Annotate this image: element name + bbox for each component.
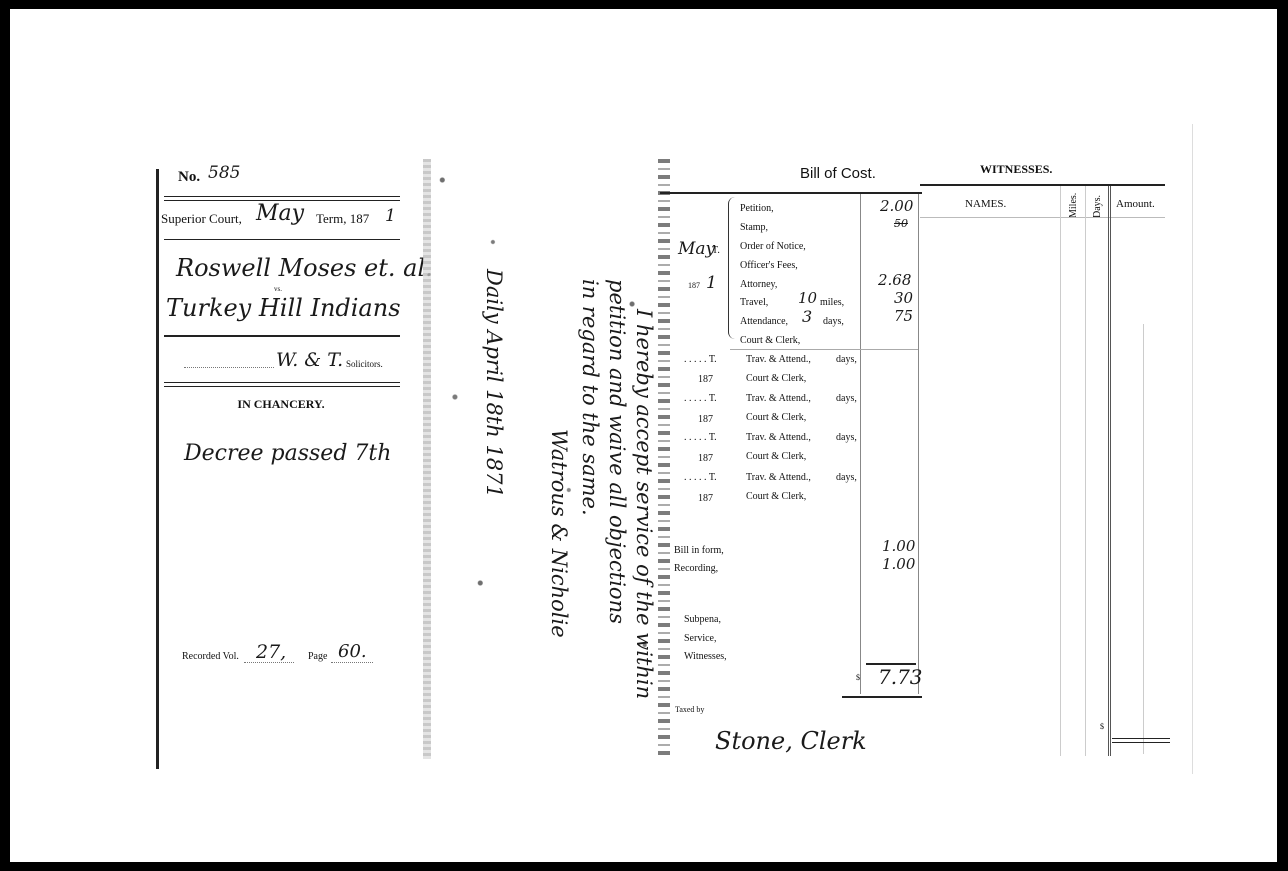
torn-edge	[156, 169, 159, 769]
total-symbol: $	[856, 673, 860, 682]
solicitor-initials: W. & T.	[276, 349, 343, 371]
docket-number-label: No.	[178, 169, 200, 186]
item-label: Court & Clerk,	[740, 335, 800, 346]
total-amount: 7.73	[878, 665, 923, 689]
witnesses-title: WITNESSES.	[980, 162, 1052, 177]
term-line2: Court & Clerk,	[746, 373, 806, 384]
extra-label: Bill in form,	[674, 545, 724, 556]
bill-title: Bill of Cost.	[800, 165, 876, 182]
note-date: Daily April 18th 1871	[480, 269, 507, 498]
column-line	[860, 194, 861, 694]
item-label: Attendance,	[740, 316, 788, 327]
term-line2: Court & Clerk,	[746, 412, 806, 423]
column-line	[1085, 186, 1086, 756]
travel-miles: 10	[798, 289, 817, 307]
item-label: Officer's Fees,	[740, 260, 798, 271]
term-month: May	[256, 201, 304, 226]
chancery-heading: IN CHANCERY.	[156, 397, 406, 412]
item-amount: 75	[894, 307, 913, 325]
column-line	[1060, 186, 1061, 756]
term-year: 187	[698, 453, 713, 464]
recorded-vol-value: 27,	[256, 641, 286, 663]
item-amount: 2.68	[878, 271, 911, 289]
item-label: Petition,	[740, 203, 774, 214]
acceptance-panel: I hereby accept service of the within pe…	[417, 149, 670, 769]
term-blank: . . . . . T.	[684, 393, 717, 404]
term-label: Term, 187	[316, 211, 369, 227]
column-line	[918, 194, 919, 694]
total-symbol: $	[1100, 722, 1104, 731]
year-digit: 1	[706, 273, 717, 293]
witness-item-label: Subpena,	[684, 614, 721, 625]
column-header-days: Days.	[1092, 195, 1103, 218]
divider	[164, 239, 400, 240]
page-dots	[331, 662, 373, 663]
term-line1: Trav. & Attend.,	[746, 472, 811, 483]
page-label: Page	[308, 651, 327, 662]
item-label: Travel,	[740, 297, 768, 308]
term-line2: Court & Clerk,	[746, 491, 806, 502]
fold-edge	[423, 159, 431, 759]
term-line1: Trav. & Attend.,	[746, 393, 811, 404]
extra-amount: 1.00	[882, 537, 915, 555]
divider	[730, 349, 918, 350]
acceptance-note: I hereby accept service of the within pe…	[545, 269, 657, 829]
witness-item-label: Witnesses,	[684, 651, 727, 662]
recorded-vol-label: Recorded Vol.	[182, 651, 239, 662]
term-blank: . . . . . T.	[684, 354, 717, 365]
term-line2: Court & Clerk,	[746, 451, 806, 462]
term-letter: T.	[712, 245, 720, 256]
docket-panel: No. 585 Superior Court, May Term, 187 1 …	[156, 149, 406, 771]
term-year: 187	[698, 493, 713, 504]
column-header-miles: Miles.	[1068, 193, 1079, 218]
item-amount: 2.00	[880, 197, 913, 215]
term-blank: . . . . . T.	[684, 472, 717, 483]
term-year: 187	[698, 374, 713, 385]
term-unit: days,	[836, 472, 857, 483]
term-line1: Trav. & Attend.,	[746, 354, 811, 365]
divider	[164, 335, 400, 337]
bill-of-cost-panel: Bill of Cost. May T. 187 1 Petition, Sta…	[660, 139, 920, 779]
solicitor-dots	[184, 367, 274, 368]
note-line: in regard to the same.	[576, 269, 603, 829]
total-rule	[1112, 738, 1170, 743]
item-label: Attorney,	[740, 279, 777, 290]
term-unit: days,	[836, 354, 857, 365]
header-rule	[920, 217, 1165, 218]
defendant-name: Turkey Hill Indians	[166, 294, 401, 322]
docket-number: 585	[208, 163, 240, 183]
scanned-page: No. 585 Superior Court, May Term, 187 1 …	[10, 9, 1277, 862]
term-unit: days,	[836, 432, 857, 443]
page-edge	[1192, 124, 1193, 774]
divider	[164, 382, 400, 387]
term-unit: days,	[836, 393, 857, 404]
column-line	[1108, 186, 1111, 756]
note-line: petition and waive all objections	[603, 269, 630, 829]
extra-amount: 1.00	[882, 555, 915, 573]
column-header-amount: Amount.	[1116, 198, 1155, 210]
days-unit: days,	[823, 316, 844, 327]
witness-item-label: Service,	[684, 633, 717, 644]
taxed-by-label: Taxed by	[675, 705, 704, 714]
note-signature: Watrous & Nicholie	[545, 269, 572, 829]
item-amount: 50	[894, 217, 908, 230]
clerk-signature: Stone, Clerk	[715, 727, 867, 755]
witnesses-panel: WITNESSES. NAMES. Miles. Days. Amount. $	[920, 124, 1200, 774]
divider	[660, 192, 922, 194]
term-blank: . . . . . T.	[684, 432, 717, 443]
divider	[920, 184, 1165, 186]
versus-label: vs.	[274, 285, 282, 293]
extra-label: Recording,	[674, 563, 718, 574]
decree-note: Decree passed 7th	[184, 441, 391, 466]
term-line1: Trav. & Attend.,	[746, 432, 811, 443]
term-year-digit: 1	[385, 206, 396, 226]
miles-unit: miles,	[820, 297, 844, 308]
brace	[728, 197, 735, 339]
item-label: Stamp,	[740, 222, 768, 233]
solicitor-label: Solicitors.	[346, 359, 383, 369]
page-value: 60.	[338, 641, 367, 662]
year-prefix: 187	[688, 281, 700, 290]
item-amount: 30	[894, 289, 913, 307]
term-month: May	[678, 239, 715, 259]
total-rule	[842, 696, 922, 698]
attendance-days: 3	[802, 307, 812, 326]
plaintiff-name: Roswell Moses et. al.	[176, 254, 433, 282]
column-line	[1143, 324, 1144, 754]
court-label: Superior Court,	[161, 211, 242, 227]
note-line: I hereby accept service of the within	[630, 269, 657, 829]
term-year: 187	[698, 414, 713, 425]
column-header-names: NAMES.	[965, 198, 1006, 210]
item-label: Order of Notice,	[740, 241, 806, 252]
